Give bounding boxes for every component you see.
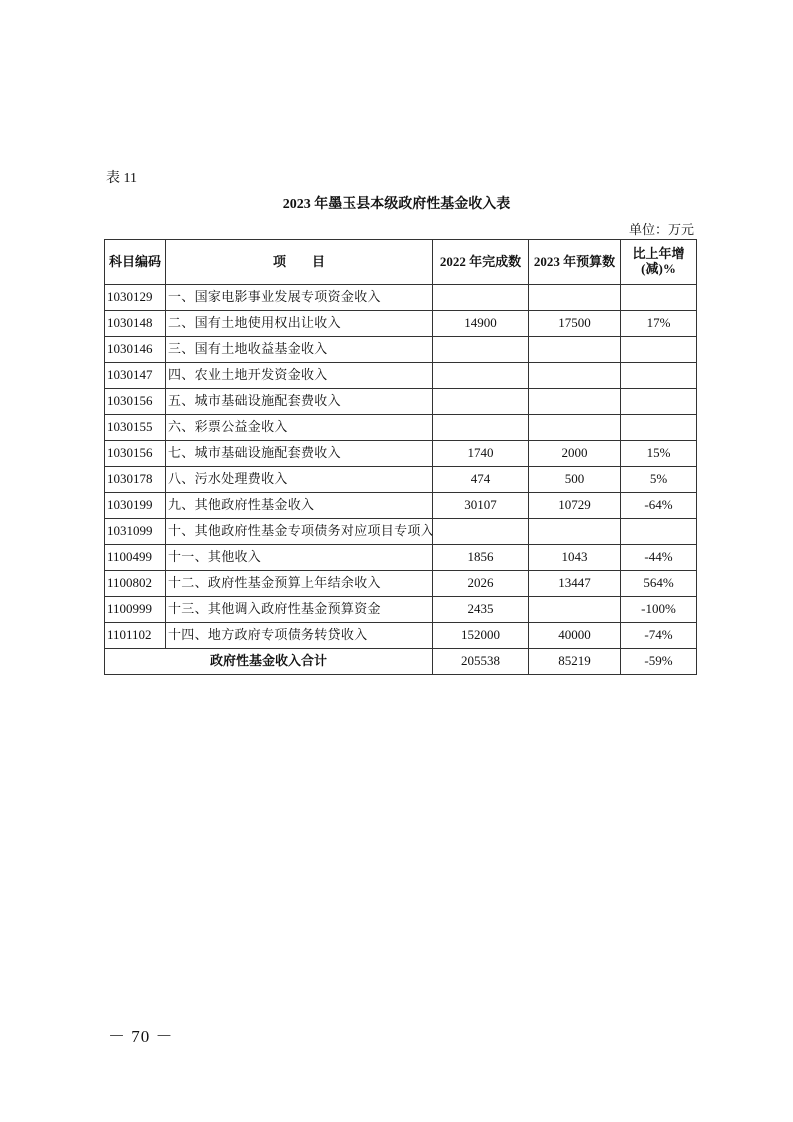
row-code: 1030156 bbox=[105, 389, 166, 415]
total-row: 政府性基金收入合计 205538 85219 -59% bbox=[105, 649, 697, 675]
row-item-name: 十二、政府性基金预算上年结余收入 bbox=[166, 571, 433, 597]
row-code: 1030129 bbox=[105, 285, 166, 311]
row-2023 bbox=[529, 597, 621, 623]
row-2022: 1740 bbox=[433, 441, 529, 467]
table-row: 1101102十四、地方政府专项债务转贷收入15200040000-74% bbox=[105, 623, 697, 649]
table-row: 1030155六、彩票公益金收入 bbox=[105, 415, 697, 441]
row-item-name: 十、其他政府性基金专项债务对应项目专项入 bbox=[166, 519, 433, 545]
row-code: 1030178 bbox=[105, 467, 166, 493]
table-row: 1030178八、污水处理费收入4745005% bbox=[105, 467, 697, 493]
row-code: 1100499 bbox=[105, 545, 166, 571]
revenue-table: 科目编码 项 目 2022 年完成数 2023 年预算数 比上年增 (减)% 1… bbox=[104, 239, 697, 675]
row-item-name: 十四、地方政府专项债务转贷收入 bbox=[166, 623, 433, 649]
header-item: 项 目 bbox=[166, 240, 433, 285]
row-code: 1030156 bbox=[105, 441, 166, 467]
row-2023: 10729 bbox=[529, 493, 621, 519]
row-change: 15% bbox=[621, 441, 697, 467]
row-2022: 152000 bbox=[433, 623, 529, 649]
row-change: 17% bbox=[621, 311, 697, 337]
row-2022 bbox=[433, 389, 529, 415]
row-2022: 30107 bbox=[433, 493, 529, 519]
row-change bbox=[621, 363, 697, 389]
row-2022 bbox=[433, 337, 529, 363]
header-2023: 2023 年预算数 bbox=[529, 240, 621, 285]
row-change bbox=[621, 519, 697, 545]
row-2023 bbox=[529, 363, 621, 389]
row-change: -74% bbox=[621, 623, 697, 649]
row-change bbox=[621, 285, 697, 311]
row-item-name: 九、其他政府性基金收入 bbox=[166, 493, 433, 519]
header-2022: 2022 年完成数 bbox=[433, 240, 529, 285]
row-code: 1030146 bbox=[105, 337, 166, 363]
row-2022: 2435 bbox=[433, 597, 529, 623]
table-label: 表 11 bbox=[106, 167, 137, 187]
row-2023: 1043 bbox=[529, 545, 621, 571]
row-change: -100% bbox=[621, 597, 697, 623]
row-item-name: 四、农业土地开发资金收入 bbox=[166, 363, 433, 389]
row-change: -44% bbox=[621, 545, 697, 571]
header-change-line1: 比上年增 bbox=[623, 247, 694, 262]
row-item-name: 六、彩票公益金收入 bbox=[166, 415, 433, 441]
row-change: 564% bbox=[621, 571, 697, 597]
table-row: 1030147四、农业土地开发资金收入 bbox=[105, 363, 697, 389]
row-2023: 13447 bbox=[529, 571, 621, 597]
row-change bbox=[621, 337, 697, 363]
row-code: 1100802 bbox=[105, 571, 166, 597]
table-row: 1030199九、其他政府性基金收入3010710729-64% bbox=[105, 493, 697, 519]
row-code: 1030147 bbox=[105, 363, 166, 389]
row-2022: 1856 bbox=[433, 545, 529, 571]
row-item-name: 十三、其他调入政府性基金预算资金 bbox=[166, 597, 433, 623]
row-2022: 2026 bbox=[433, 571, 529, 597]
row-2023 bbox=[529, 415, 621, 441]
header-change-line2: (减)% bbox=[623, 262, 694, 277]
table-row: 1030148二、国有土地使用权出让收入149001750017% bbox=[105, 311, 697, 337]
row-2022: 474 bbox=[433, 467, 529, 493]
total-label: 政府性基金收入合计 bbox=[105, 649, 433, 675]
table-row: 1030156七、城市基础设施配套费收入1740200015% bbox=[105, 441, 697, 467]
row-2022 bbox=[433, 415, 529, 441]
page-number: － 70 － bbox=[108, 1022, 174, 1047]
row-item-name: 八、污水处理费收入 bbox=[166, 467, 433, 493]
table-row: 1100999十三、其他调入政府性基金预算资金2435-100% bbox=[105, 597, 697, 623]
row-code: 1031099 bbox=[105, 519, 166, 545]
page-title: 2023 年墨玉县本级政府性基金收入表 bbox=[0, 193, 793, 213]
header-change: 比上年增 (减)% bbox=[621, 240, 697, 285]
row-item-name: 五、城市基础设施配套费收入 bbox=[166, 389, 433, 415]
row-change bbox=[621, 415, 697, 441]
header-code: 科目编码 bbox=[105, 240, 166, 285]
row-item-name: 二、国有土地使用权出让收入 bbox=[166, 311, 433, 337]
row-code: 1030199 bbox=[105, 493, 166, 519]
row-item-name: 一、国家电影事业发展专项资金收入 bbox=[166, 285, 433, 311]
row-2022 bbox=[433, 363, 529, 389]
table-row: 1100499十一、其他收入18561043-44% bbox=[105, 545, 697, 571]
row-2023: 500 bbox=[529, 467, 621, 493]
row-item-name: 七、城市基础设施配套费收入 bbox=[166, 441, 433, 467]
total-2022: 205538 bbox=[433, 649, 529, 675]
row-2023 bbox=[529, 337, 621, 363]
row-item-name: 十一、其他收入 bbox=[166, 545, 433, 571]
row-2023: 2000 bbox=[529, 441, 621, 467]
unit-label: 单位：万元 bbox=[629, 219, 694, 238]
row-change bbox=[621, 389, 697, 415]
row-2023 bbox=[529, 519, 621, 545]
table-row: 1031099十、其他政府性基金专项债务对应项目专项入 bbox=[105, 519, 697, 545]
row-change: 5% bbox=[621, 467, 697, 493]
row-2022: 14900 bbox=[433, 311, 529, 337]
total-change: -59% bbox=[621, 649, 697, 675]
table-row: 1030156五、城市基础设施配套费收入 bbox=[105, 389, 697, 415]
row-code: 1030148 bbox=[105, 311, 166, 337]
row-2023: 40000 bbox=[529, 623, 621, 649]
row-2022 bbox=[433, 519, 529, 545]
table-row: 1030146三、国有土地收益基金收入 bbox=[105, 337, 697, 363]
row-2023 bbox=[529, 389, 621, 415]
table-header-row: 科目编码 项 目 2022 年完成数 2023 年预算数 比上年增 (减)% bbox=[105, 240, 697, 285]
row-code: 1030155 bbox=[105, 415, 166, 441]
row-change: -64% bbox=[621, 493, 697, 519]
row-code: 1100999 bbox=[105, 597, 166, 623]
table-row: 1100802十二、政府性基金预算上年结余收入202613447564% bbox=[105, 571, 697, 597]
row-2023 bbox=[529, 285, 621, 311]
row-item-name: 三、国有土地收益基金收入 bbox=[166, 337, 433, 363]
row-2023: 17500 bbox=[529, 311, 621, 337]
total-2023: 85219 bbox=[529, 649, 621, 675]
row-2022 bbox=[433, 285, 529, 311]
table-row: 1030129一、国家电影事业发展专项资金收入 bbox=[105, 285, 697, 311]
row-code: 1101102 bbox=[105, 623, 166, 649]
